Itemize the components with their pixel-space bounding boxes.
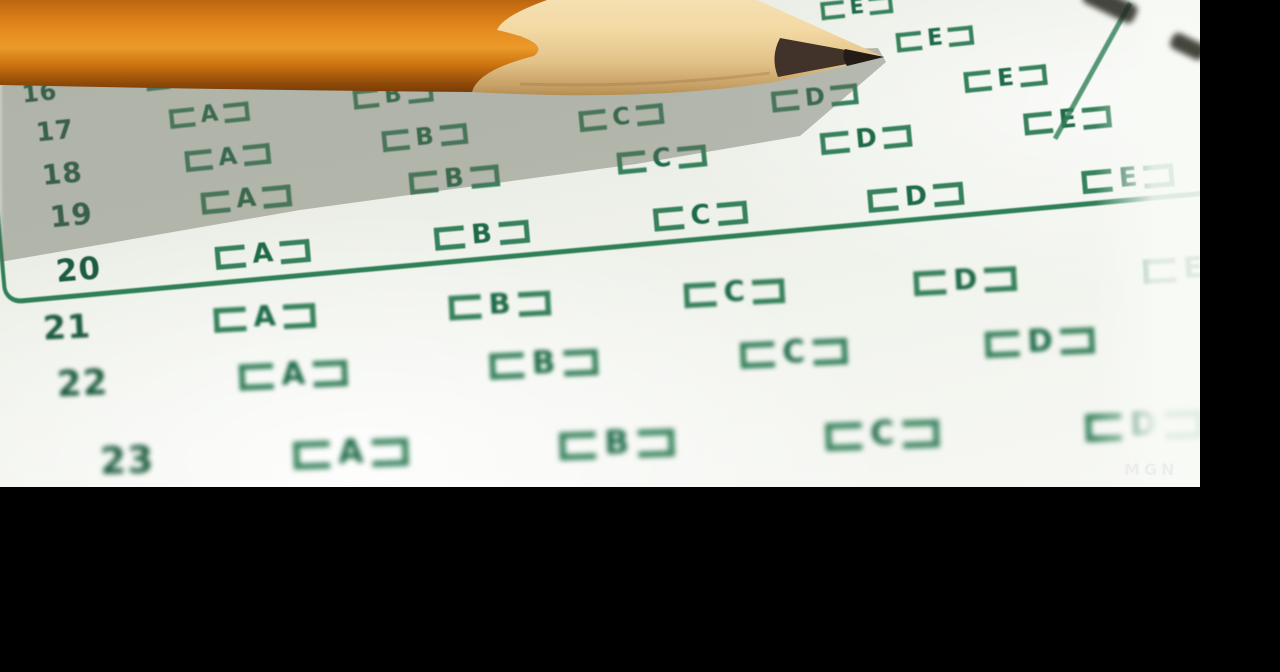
- bracket-left: [448, 294, 481, 320]
- bubble-c: C: [652, 197, 748, 235]
- bracket-right: [752, 278, 785, 304]
- question-number: 22: [56, 359, 160, 407]
- bracket-right: [1060, 327, 1095, 355]
- scantron-photo: ABCDEABCDEABCDE16ABCDE17ABCDE18ABCDE19AB…: [0, 0, 1200, 487]
- bracket-left: [239, 362, 274, 390]
- bracket-right: [517, 290, 550, 316]
- bracket-right: [933, 181, 965, 207]
- bubble-a: A: [213, 299, 316, 336]
- bubble-letter: A: [338, 435, 365, 472]
- bubble-e: E: [963, 60, 1049, 95]
- bubble-letter: C: [689, 200, 711, 232]
- bubble-letter: C: [782, 335, 806, 370]
- bubble-c: C: [683, 274, 785, 311]
- bubble-d: D: [913, 262, 1018, 299]
- bracket-right: [371, 437, 408, 466]
- bracket-left: [1023, 111, 1053, 135]
- bracket-left: [867, 187, 899, 213]
- bracket-left: [293, 440, 330, 469]
- bracket-left: [683, 281, 716, 307]
- pencil-graphic: [0, 0, 930, 138]
- bracket-right: [902, 419, 939, 448]
- bubble-letter: C: [723, 276, 746, 309]
- answer-row: 23ABCDE: [99, 383, 1200, 485]
- question-number: 23: [99, 435, 209, 485]
- bubble-letter: A: [281, 357, 306, 392]
- bubble-letter: C: [870, 416, 895, 453]
- bracket-right: [563, 348, 598, 376]
- bracket-left: [913, 269, 946, 295]
- bubble-letter: A: [253, 301, 277, 334]
- bubble-d: D: [867, 178, 966, 216]
- bracket-right: [1019, 64, 1048, 87]
- bracket-right: [716, 200, 748, 226]
- bubble-c: C: [825, 415, 940, 455]
- bubble-letter: B: [470, 219, 493, 251]
- bracket-right: [498, 219, 530, 245]
- bracket-left: [213, 306, 246, 332]
- bubble-b: B: [489, 344, 598, 383]
- mgn-watermark: MGN: [1124, 460, 1178, 479]
- bracket-left: [740, 341, 775, 369]
- bracket-right: [812, 337, 847, 365]
- bracket-left: [963, 69, 992, 92]
- bubble-letter: A: [251, 238, 274, 270]
- bubble-b: B: [433, 216, 530, 254]
- bubble-letter: D: [1027, 324, 1054, 359]
- bracket-left: [825, 421, 862, 450]
- bubble-b: B: [448, 286, 551, 323]
- bubble-a: A: [214, 235, 311, 273]
- bracket-left: [653, 206, 685, 232]
- bubble-letter: B: [531, 346, 556, 381]
- bubble-a: A: [293, 433, 409, 473]
- bracket-right: [283, 302, 316, 328]
- question-number: 21: [42, 304, 140, 350]
- bracket-left: [985, 330, 1020, 358]
- bracket-right: [637, 428, 674, 457]
- bubble-letter: D: [953, 264, 979, 297]
- bracket-left: [559, 431, 596, 460]
- bracket-right: [948, 25, 975, 47]
- bubble-letter: E: [996, 64, 1015, 93]
- bracket-right: [984, 266, 1017, 292]
- bracket-right: [313, 359, 348, 387]
- sheet-right-margin: [1095, 0, 1200, 487]
- question-number: 20: [54, 245, 147, 291]
- bubble-letter: D: [903, 181, 928, 213]
- bubble-a: A: [238, 355, 348, 394]
- bubble-letter: B: [488, 288, 512, 321]
- bubble-d: D: [984, 323, 1095, 362]
- bubble-c: C: [740, 333, 848, 372]
- bracket-right: [279, 238, 311, 264]
- bracket-left: [489, 352, 524, 380]
- page-background: ABCDEABCDEABCDE16ABCDE17ABCDE18ABCDE19AB…: [0, 0, 1280, 672]
- bubble-letter: B: [604, 425, 630, 462]
- bubble-b: B: [559, 424, 675, 464]
- bracket-left: [434, 225, 466, 251]
- bracket-left: [214, 244, 246, 270]
